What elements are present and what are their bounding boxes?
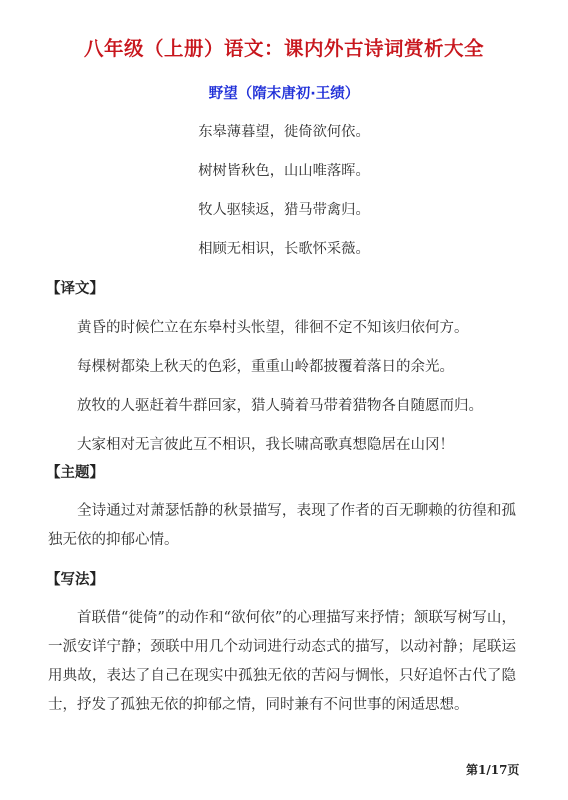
theme-paragraph: 全诗通过对萧瑟恬静的秋景描写，表现了作者的百无聊赖的彷徨和孤独无依的抑郁心情。 (48, 497, 516, 555)
document-title: 八年级（上册）语文：课内外古诗词赏析大全 (0, 36, 568, 62)
section-translation: 【译文】 黄昏的时候伫立在东皋村头怅望，徘徊不定不知该归依何方。 每棵树都染上秋… (48, 279, 516, 474)
poem-heading: 野望（隋末唐初·王绩） (0, 84, 568, 104)
poem-line: 树树皆秋色，山山唯落晖。 (0, 161, 568, 181)
poem-body: 东皋薄暮望，徙倚欲何依。 树树皆秋色，山山唯落晖。 牧人驱犊返，猎马带禽归。 相… (0, 122, 568, 278)
technique-paragraph: 首联借“徙倚”的动作和“欲何依”的心理描写来抒情；颔联写树写山，一派安详宁静；颈… (48, 604, 516, 720)
document-page: 八年级（上册）语文：课内外古诗词赏析大全 野望（隋末唐初·王绩） 东皋薄暮望，徙… (0, 0, 568, 800)
poem-line: 相顾无相识，长歌怀采薇。 (0, 239, 568, 259)
section-theme: 【主题】 全诗通过对萧瑟恬静的秋景描写，表现了作者的百无聊赖的彷徨和孤独无依的抑… (48, 463, 516, 555)
poem-line: 东皋薄暮望，徙倚欲何依。 (0, 122, 568, 142)
translation-paragraph: 黄昏的时候伫立在东皋村头怅望，徘徊不定不知该归依何方。 (48, 318, 516, 338)
poem-line: 牧人驱犊返，猎马带禽归。 (0, 200, 568, 220)
section-technique: 【写法】 首联借“徙倚”的动作和“欲何依”的心理描写来抒情；颔联写树写山，一派安… (48, 570, 516, 720)
section-heading-theme: 【主题】 (46, 463, 516, 483)
section-heading-translation: 【译文】 (46, 279, 516, 299)
page-indicator: 第1/17页 (466, 762, 519, 778)
translation-paragraph: 大家相对无言彼此互不相识，我长啸高歌真想隐居在山冈！ (48, 435, 516, 455)
translation-paragraph: 每棵树都染上秋天的色彩，重重山岭都披覆着落日的余光。 (48, 357, 516, 377)
translation-paragraph: 放牧的人驱赶着牛群回家，猎人骑着马带着猎物各自随愿而归。 (48, 396, 516, 416)
section-heading-technique: 【写法】 (46, 570, 516, 590)
